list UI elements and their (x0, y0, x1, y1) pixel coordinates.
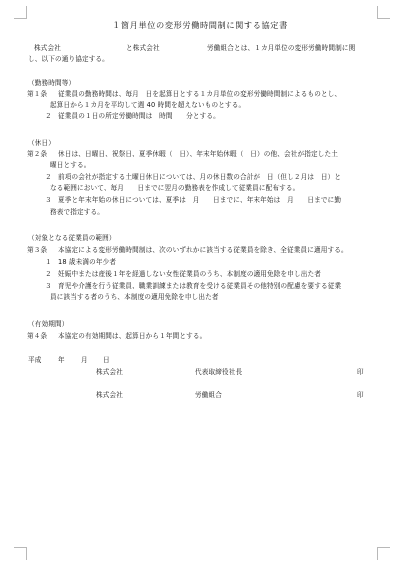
article-2-item-3-line-1: 夏季と年末年始の休日については、夏季は 月 日までに、年末年始は 月 日までに勤 (58, 196, 341, 205)
article-1-item-2-num: ２ (45, 112, 52, 121)
article-2-line-2: 曜日とする。 (50, 161, 90, 170)
article-2-line-1: 休日は、日曜日、祝祭日、夏季休暇（ 日）、年末年始休暇（ 日）の他、会社が指定し… (58, 150, 338, 159)
signature-1-seal: 印 (357, 368, 364, 377)
date-day: 日 (103, 356, 110, 365)
article-2-item-2-line-1: 前項の会社が指定する土曜日休日については、月の休日数の合計が 日（但し２月は 日… (58, 173, 341, 182)
article-1-item-2-text: 従業員の１日の所定労働時間は 時間 分とする。 (58, 112, 220, 121)
signature-1-role: 代表取締役社長 (195, 368, 242, 377)
date-month: 月 (81, 356, 88, 365)
crop-mark-top-left (14, 6, 27, 19)
article-3-item-3-num: ３ (45, 282, 52, 291)
article-3-line-1: 本協定による変形労働時間制は、次のいずれかに該当する従業員を除き、全従業員に適用… (58, 246, 348, 255)
article-3-item-3-line-2: 員に該当する者のうち、本制度の適用免除を申し出た者 (50, 293, 219, 302)
signature-2-company: 株式会社 (96, 391, 123, 400)
article-4-line-1: 本協定の有効期間は、起算日から１年間とする。 (58, 332, 206, 341)
article-3-label: 第３条 (27, 246, 47, 255)
article-3-item-2-num: ２ (45, 270, 52, 279)
article-2-item-2-line-2: なる範囲において、毎月 日までに翌月の勤務表を作成して従業員に配布する。 (50, 184, 299, 193)
crop-mark-bottom-right (377, 547, 390, 560)
article-2-item-2-num: ２ (45, 173, 52, 182)
section-heading-validity: （有効期間） (28, 320, 68, 329)
article-1-line-2: 起算日から１カ月を平均して週 40 時間を超えないものとする。 (50, 101, 245, 110)
intro-company-b: と株式会社 (126, 44, 160, 53)
article-4-label: 第４条 (27, 332, 47, 341)
document-page: １箇月単位の変形労働時間制に関する協定書 株式会社 と株式会社 労働組合とは、１… (0, 0, 400, 565)
document-title: １箇月単位の変形労働時間制に関する協定書 (0, 20, 400, 31)
section-heading-working-hours: （勤務時間等） (28, 79, 75, 88)
signature-1-company: 株式会社 (96, 368, 123, 377)
article-3-item-1-text: 18 歳未満の年少者 (58, 258, 116, 267)
intro-company-a: 株式会社 (34, 44, 61, 53)
article-1-line-1: 従業員の勤務時間は、毎月 日を起算日とする１カ月単位の変形労働時間制によるものと… (58, 90, 341, 99)
intro-line2: し、以下の通り協定する。 (28, 55, 109, 64)
date-year: 年 (58, 356, 65, 365)
article-2-item-3-line-2: 務表で指定する。 (50, 208, 104, 217)
signature-2-role: 労働組合 (195, 391, 222, 400)
section-heading-holidays: （休日） (28, 139, 55, 148)
article-3-item-3-line-1: 育児や介護を行う従業員、職業訓練または教育を受ける従業員その他特別の配慮を要する… (58, 282, 341, 291)
section-heading-scope: （対象となる従業員の範囲） (28, 234, 116, 243)
article-2-label: 第２条 (27, 150, 47, 159)
date-era: 平成 (28, 356, 42, 365)
article-2-item-3-num: ３ (45, 196, 52, 205)
crop-mark-top-right (377, 6, 390, 19)
article-3-item-1-num: １ (45, 258, 52, 267)
crop-mark-bottom-left (14, 547, 27, 560)
article-3-item-2-text: 妊娠中または産後１年を経過しない女性従業員のうち、本制度の適用免除を申し出た者 (58, 270, 321, 279)
article-1-label: 第１条 (27, 90, 47, 99)
signature-2-seal: 印 (357, 391, 364, 400)
intro-line1-rest: 労働組合とは、１カ月単位の変形労働時間制に関 (207, 44, 355, 53)
